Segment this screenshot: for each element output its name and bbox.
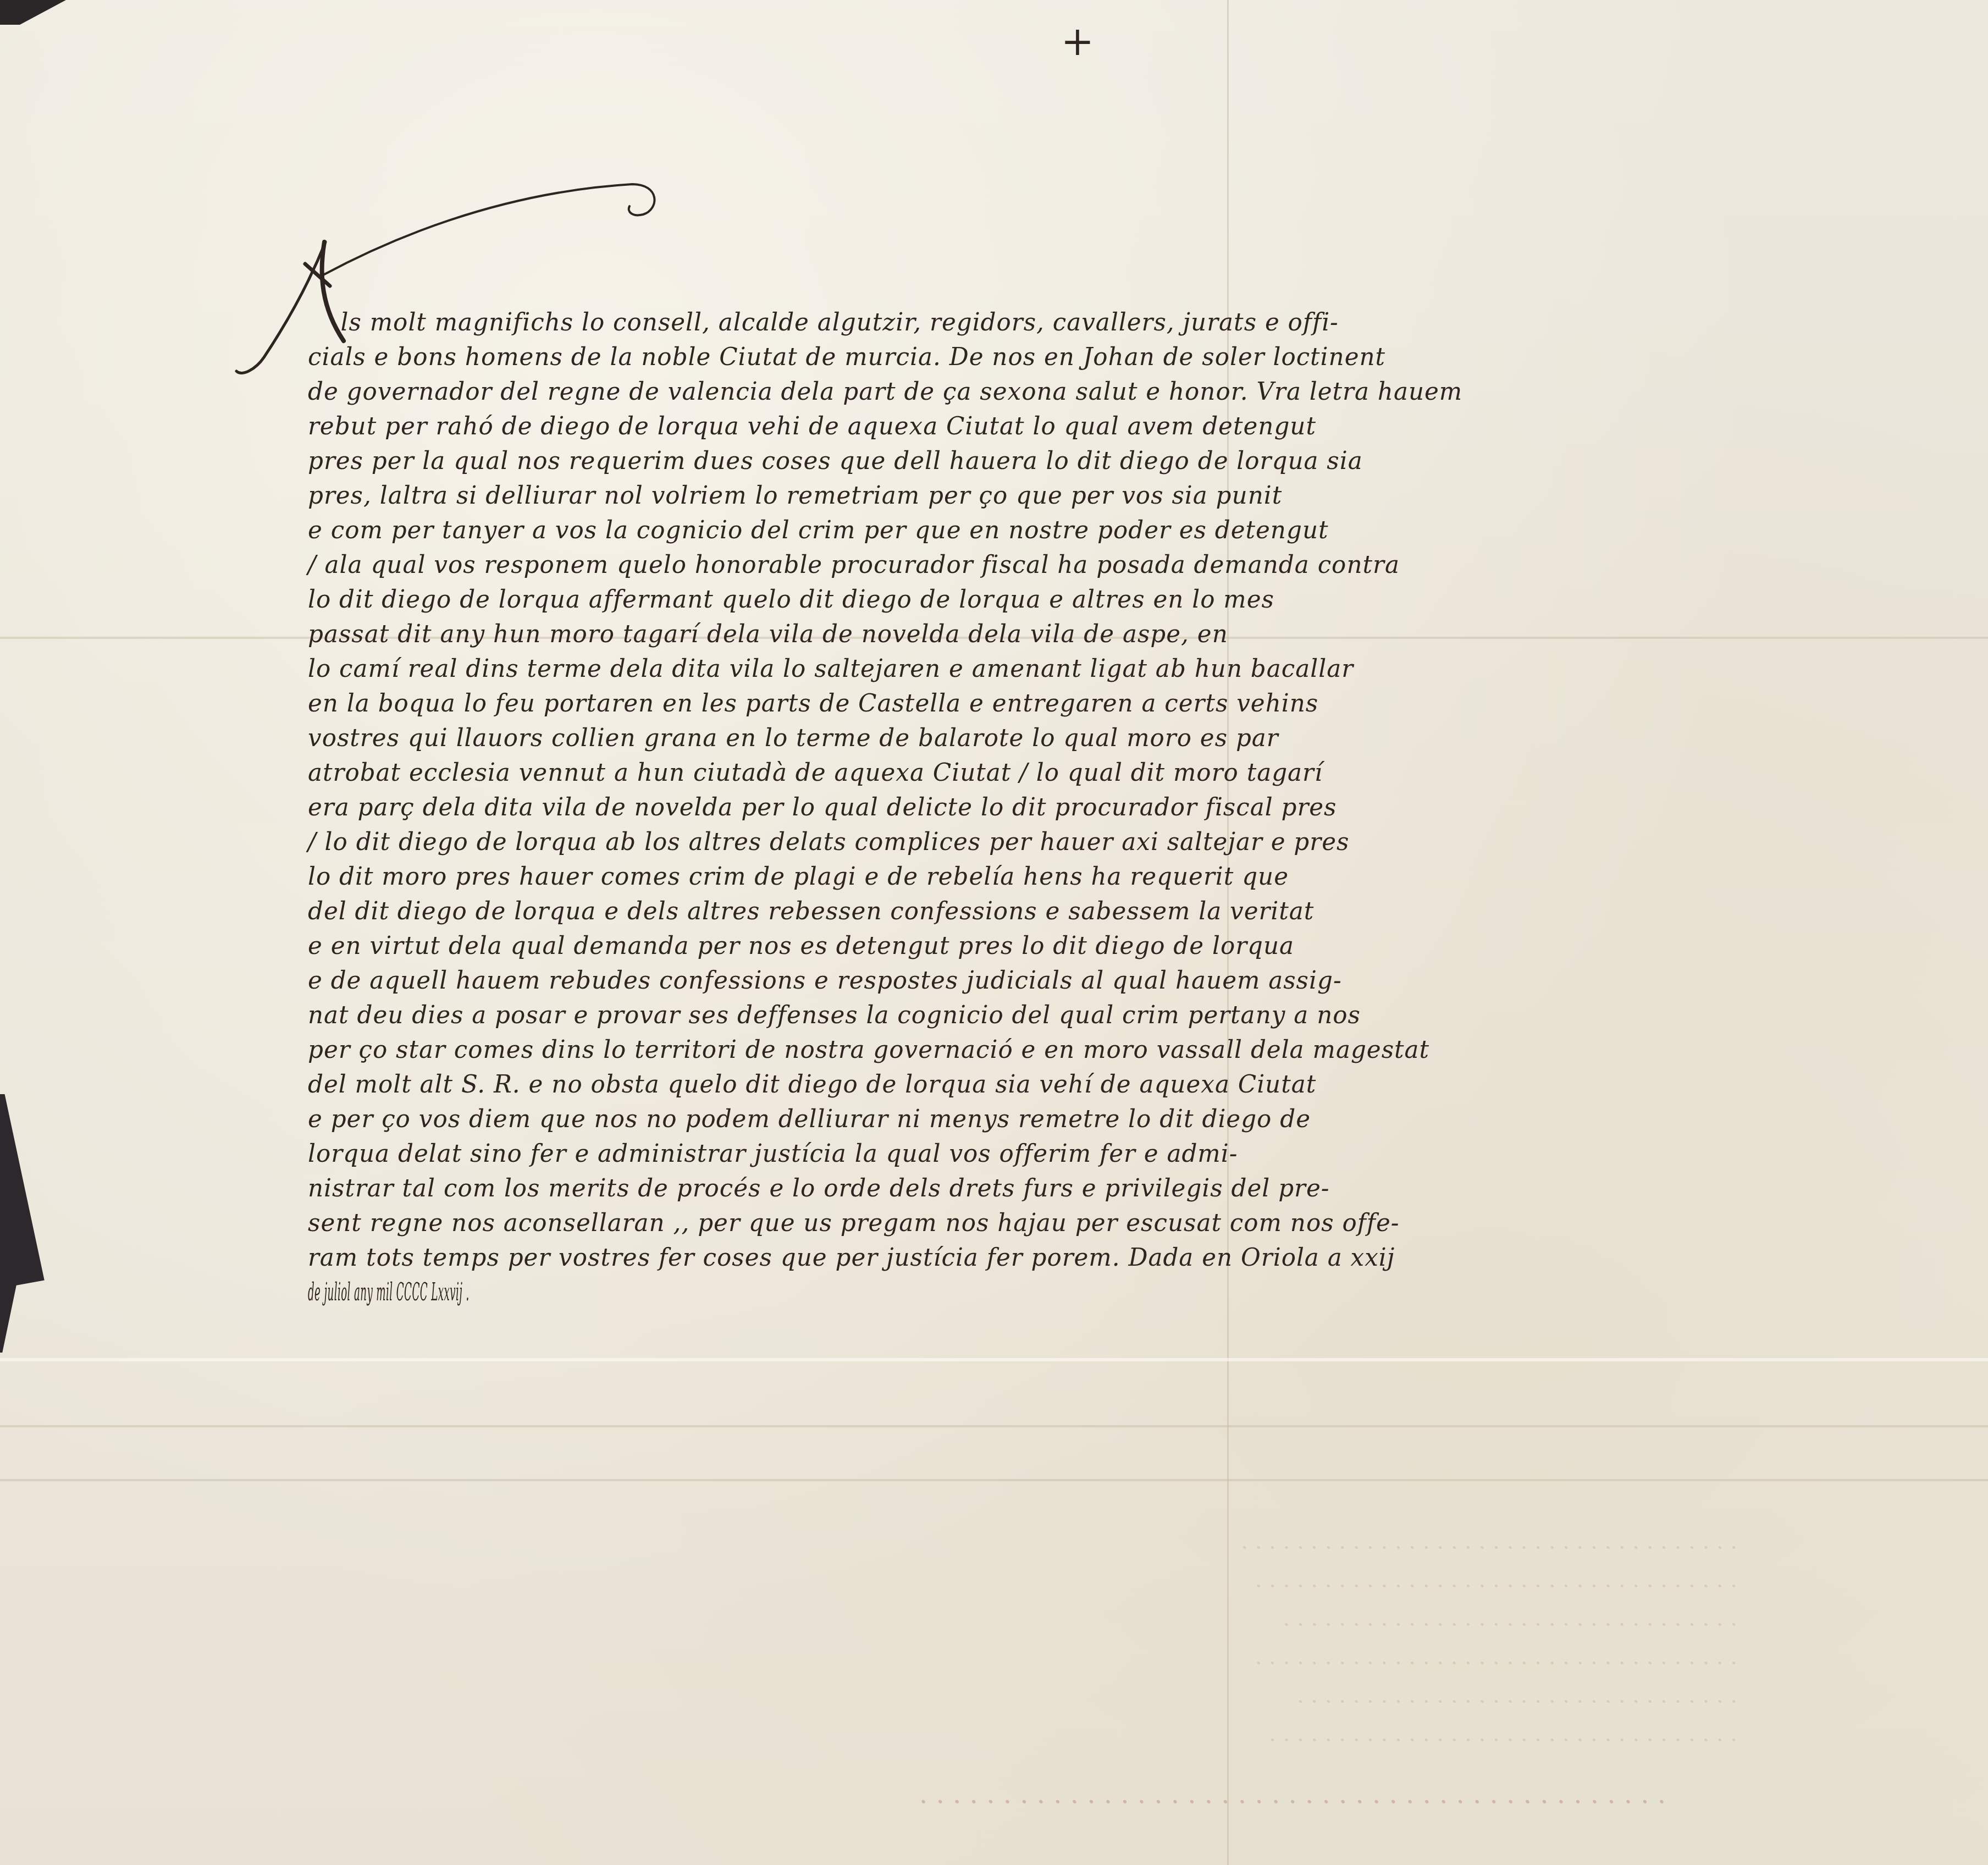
bleed-line: · · · · · · · · · · · · · · · · · · · · … — [308, 1529, 1737, 1567]
manuscript-line: e en virtut dela qual demanda per nos es… — [308, 929, 1759, 963]
bleed-line: · · · · · · · · · · · · · · · · · · · · … — [308, 1644, 1737, 1682]
manuscript-line: e per ço vos diem que nos no podem delli… — [308, 1102, 1759, 1136]
manuscript-line: en la boqua lo feu portaren en les parts… — [308, 686, 1759, 721]
manuscript-line: per ço star comes dins lo territori de n… — [308, 1033, 1759, 1067]
bleed-line: · · · · · · · · · · · · · · · · · · · · … — [308, 1682, 1737, 1721]
manuscript-line: cials e bons homens de la noble Ciutat d… — [308, 340, 1759, 374]
manuscript-line: ram tots temps per vostres fer coses que… — [308, 1240, 1759, 1275]
manuscript-line: rebut per rahó de diego de lorqua vehi d… — [308, 409, 1759, 444]
manuscript-line: lo dit moro pres hauer comes crim de pla… — [308, 859, 1759, 894]
manuscript-line: nistrar tal com los merits de procés e l… — [308, 1171, 1759, 1206]
manuscript-line: sent regne nos aconsellaran ,, per que u… — [308, 1206, 1759, 1240]
manuscript-line: lo dit diego de lorqua affermant quelo d… — [308, 582, 1759, 617]
date-line: de juliol any mil CCCC Lxxvij . — [308, 1275, 913, 1310]
manuscript-line: passat dit any hun moro tagarí dela vila… — [308, 617, 1759, 652]
bleed-through-text: · · · · · · · · · · · · · · · · · · · · … — [308, 1529, 1737, 1759]
manuscript-line: e de aquell hauem rebudes confessions e … — [308, 963, 1759, 998]
manuscript-line: nat deu dies a posar e provar ses deffen… — [308, 998, 1759, 1033]
manuscript-line: era parç dela dita vila de novelda per l… — [308, 790, 1759, 825]
manuscript-line: del dit diego de lorqua e dels altres re… — [308, 894, 1759, 929]
bleed-line: · · · · · · · · · · · · · · · · · · · · … — [308, 1605, 1737, 1644]
manuscript-line: / lo dit diego de lorqua ab los altres d… — [308, 825, 1759, 859]
manuscript-line: de governador del regne de valencia dela… — [308, 374, 1759, 409]
bleed-through-bottom-line: · · · · · · · · · · · · · · · · · · · · … — [236, 1787, 1666, 1818]
bleed-line: · · · · · · · · · · · · · · · · · · · · … — [308, 1721, 1737, 1759]
letter-body: ls molt magnifichs lo consell, alcalde a… — [308, 305, 1770, 1310]
manuscript-line: pres, laltra si delliurar nol volriem lo… — [308, 478, 1759, 513]
manuscript-line: pres per la qual nos requerim dues coses… — [308, 444, 1759, 478]
manuscript-line: del molt alt S. R. e no obsta quelo dit … — [308, 1067, 1759, 1102]
bleed-line: · · · · · · · · · · · · · · · · · · · · … — [308, 1567, 1737, 1605]
manuscript-line: vostres qui llauors collien grana en lo … — [308, 721, 1759, 755]
manuscript-line: / ala qual vos responem quelo honorable … — [308, 548, 1759, 582]
manuscript-line: lo camí real dins terme dela dita vila l… — [308, 652, 1759, 686]
manuscript-line: ls molt magnifichs lo consell, alcalde a… — [308, 305, 1759, 340]
manuscript-line: e com per tanyer a vos la cognicio del c… — [308, 513, 1759, 548]
manuscript-line: atrobat ecclesia vennut a hun ciutadà de… — [308, 755, 1759, 790]
manuscript-line: lorqua delat sino fer e administrar just… — [308, 1136, 1759, 1171]
